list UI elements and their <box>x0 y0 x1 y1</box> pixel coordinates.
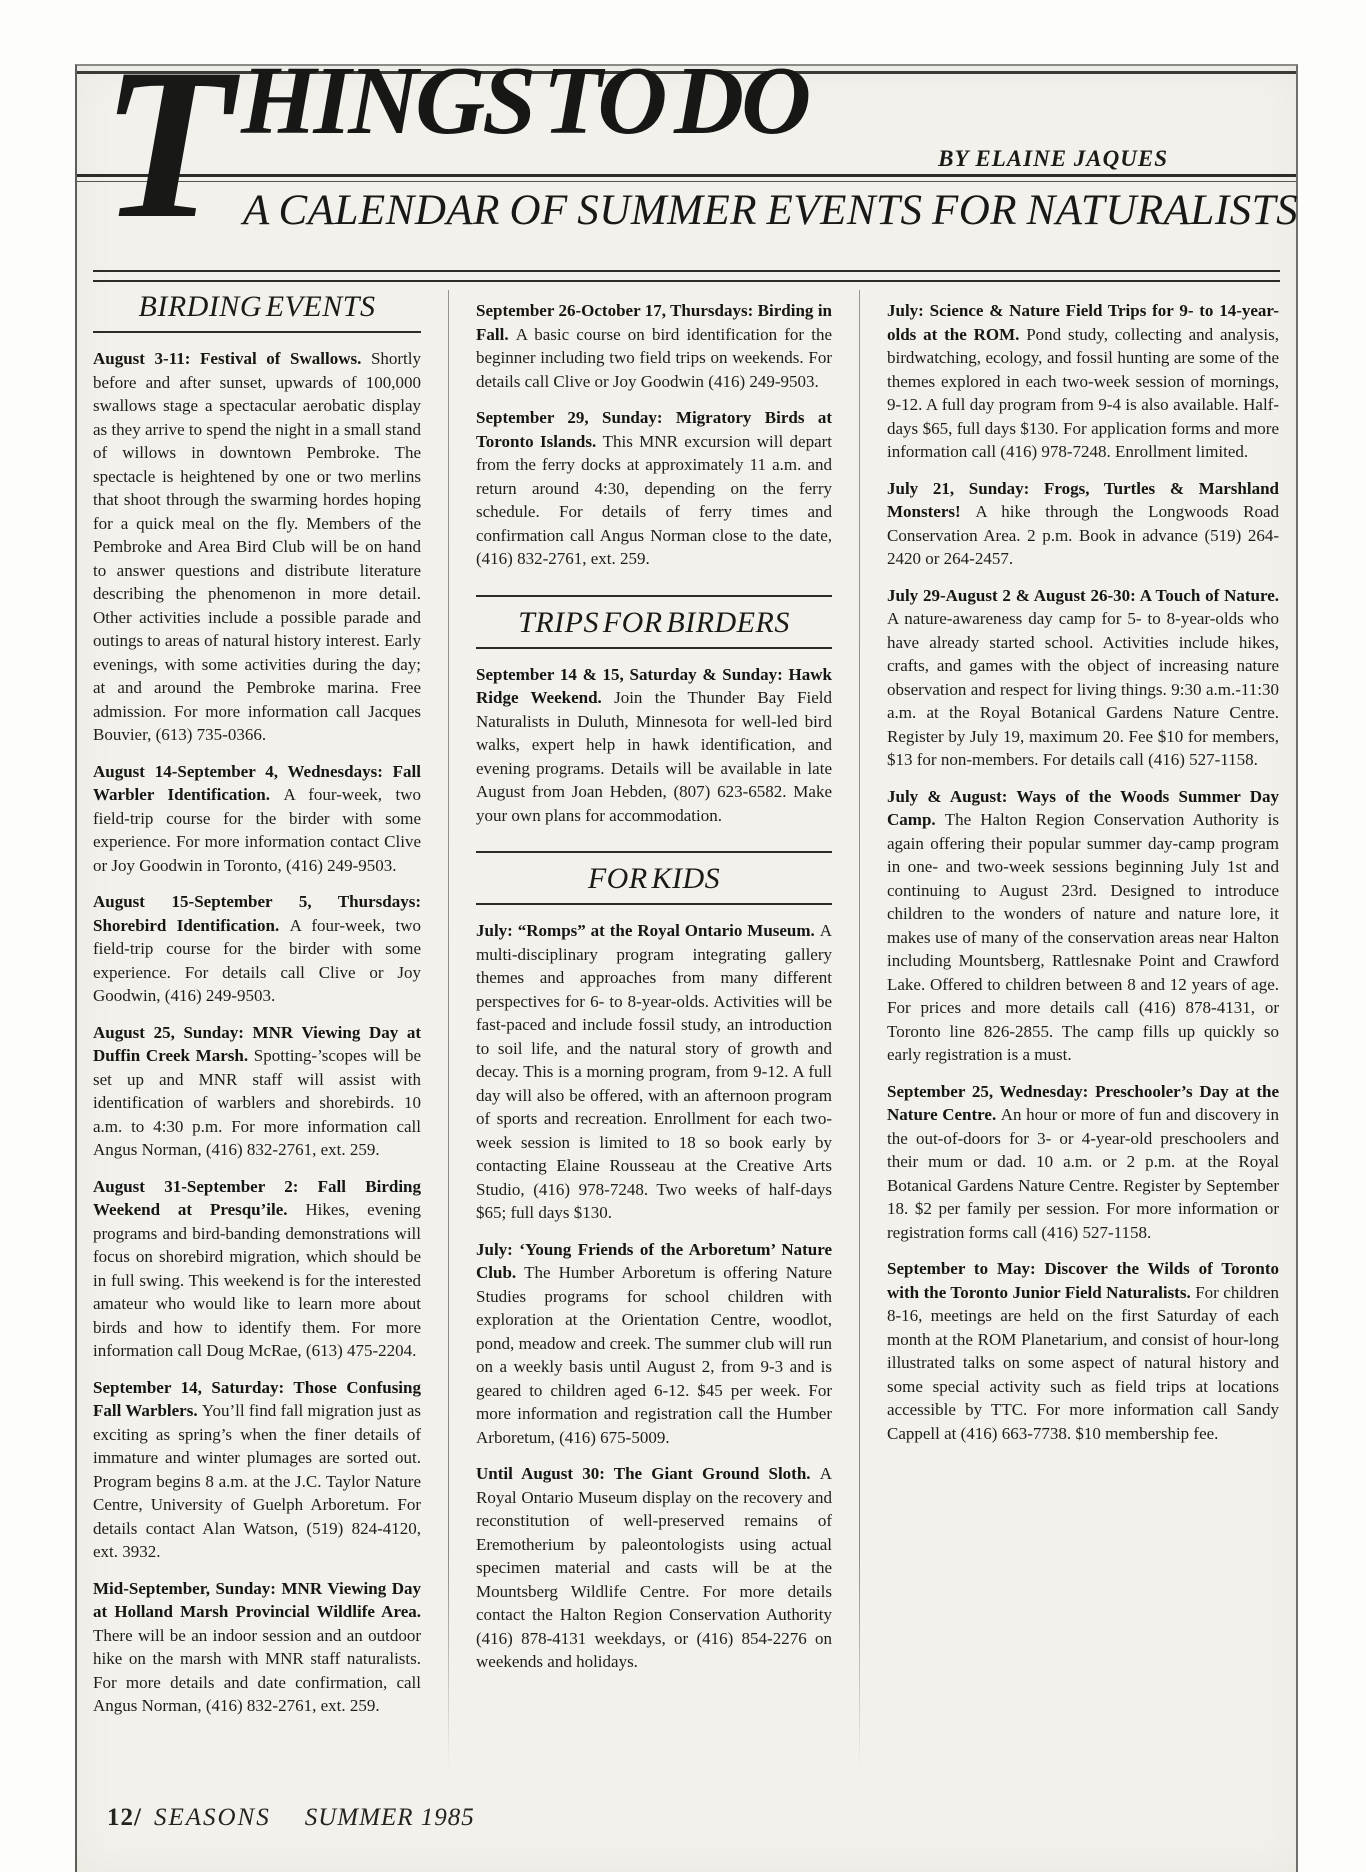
footer-magazine-title: SEASONS <box>154 1804 271 1831</box>
event-lead: July: “Romps” at the Royal Ontario Museu… <box>476 921 820 940</box>
event: September 14 & 15, Saturday & Sunday: Ha… <box>476 663 832 828</box>
event-lead: September 25, Wednesday: Preschooler’s D… <box>887 1082 1279 1125</box>
event: July: ‘Young Friends of the Arboretum’ N… <box>476 1238 832 1450</box>
event: July: “Romps” at the Royal Ontario Museu… <box>476 919 832 1225</box>
event-lead: August 15-September 5, Thursdays: Shoreb… <box>93 892 421 935</box>
event-lead: August 14-September 4, Wednesdays: Fall … <box>93 762 421 805</box>
event: July: Science & Nature Field Trips for 9… <box>887 299 1279 464</box>
column-2: September 26-October 17, Thursdays: Bird… <box>476 282 832 1687</box>
event: Until August 30: The Giant Ground Sloth.… <box>476 1462 832 1674</box>
event: August 3-11: Festival of Swallows. Short… <box>93 347 421 747</box>
section-header: BIRDING EVENTS <box>93 282 421 333</box>
column-3: July: Science & Nature Field Trips for 9… <box>887 282 1279 1458</box>
drop-cap-initial: T <box>101 36 233 252</box>
masthead-rule <box>77 174 1296 182</box>
event-lead: July: Science & Nature Field Trips for 9… <box>887 301 1279 344</box>
event: September 25, Wednesday: Preschooler’s D… <box>887 1080 1279 1245</box>
event-lead: July 21, Sunday: Frogs, Turtles & Marshl… <box>887 479 1279 522</box>
event-lead: September 26-October 17, Thursdays: Bird… <box>476 301 832 344</box>
event: August 15-September 5, Thursdays: Shoreb… <box>93 890 421 1008</box>
event-lead: July & August: Ways of the Woods Summer … <box>887 787 1279 830</box>
page-scan: T HINGS TO DO BY ELAINE JAQUES A CALENDA… <box>75 64 1298 1872</box>
column-divider <box>448 290 449 1772</box>
event: July 29-August 2 & August 26-30: A Touch… <box>887 584 1279 772</box>
event-lead: August 25, Sunday: MNR Viewing Day at Du… <box>93 1023 421 1066</box>
event-lead: July: ‘Young Friends of the Arboretum’ N… <box>476 1240 832 1283</box>
masthead-subtitle: A CALENDAR OF SUMMER EVENTS FOR NATURALI… <box>243 186 1298 235</box>
event: August 25, Sunday: MNR Viewing Day at Du… <box>93 1021 421 1162</box>
event-lead: Mid-September, Sunday: MNR Viewing Day a… <box>93 1579 421 1622</box>
masthead-title: HINGS TO DO <box>241 52 808 149</box>
event: September 26-October 17, Thursdays: Bird… <box>476 299 832 393</box>
masthead-byline: BY ELAINE JAQUES <box>938 146 1168 172</box>
footer: 12/SEASONSSUMMER 1985 <box>107 1804 475 1832</box>
event: July & August: Ways of the Woods Summer … <box>887 785 1279 1067</box>
event-lead: August 31-September 2: Fall Birding Week… <box>93 1177 421 1220</box>
footer-page-number: 12/ <box>107 1804 142 1831</box>
event-lead: July 29-August 2 & August 26-30: A Touch… <box>887 586 1279 605</box>
event-lead: Until August 30: The Giant Ground Sloth. <box>476 1464 820 1483</box>
event: September to May: Discover the Wilds of … <box>887 1257 1279 1445</box>
event: August 14-September 4, Wednesdays: Fall … <box>93 760 421 878</box>
event: September 14, Saturday: Those Confusing … <box>93 1376 421 1564</box>
section-header: FOR KIDS <box>476 851 832 905</box>
columns: BIRDING EVENTSAugust 3-11: Festival of S… <box>93 282 1280 1794</box>
event-lead: September 29, Sunday: Migratory Birds at… <box>476 408 832 451</box>
event-lead: September 14, Saturday: Those Confusing … <box>93 1378 421 1421</box>
footer-issue: SUMMER 1985 <box>305 1804 475 1831</box>
section-header: TRIPS FOR BIRDERS <box>476 595 832 649</box>
masthead: T HINGS TO DO BY ELAINE JAQUES A CALENDA… <box>93 74 1280 270</box>
event-lead: August 3-11: Festival of Swallows. <box>93 349 371 368</box>
event-lead: September 14 & 15, Saturday & Sunday: Ha… <box>476 665 832 708</box>
event: Mid-September, Sunday: MNR Viewing Day a… <box>93 1577 421 1718</box>
event: July 21, Sunday: Frogs, Turtles & Marshl… <box>887 477 1279 571</box>
event: August 31-September 2: Fall Birding Week… <box>93 1175 421 1363</box>
event: September 29, Sunday: Migratory Birds at… <box>476 406 832 571</box>
event-lead: September to May: Discover the Wilds of … <box>887 1259 1279 1302</box>
column-divider <box>859 290 860 1772</box>
body-top-rule <box>93 270 1280 282</box>
column-1: BIRDING EVENTSAugust 3-11: Festival of S… <box>93 282 421 1731</box>
